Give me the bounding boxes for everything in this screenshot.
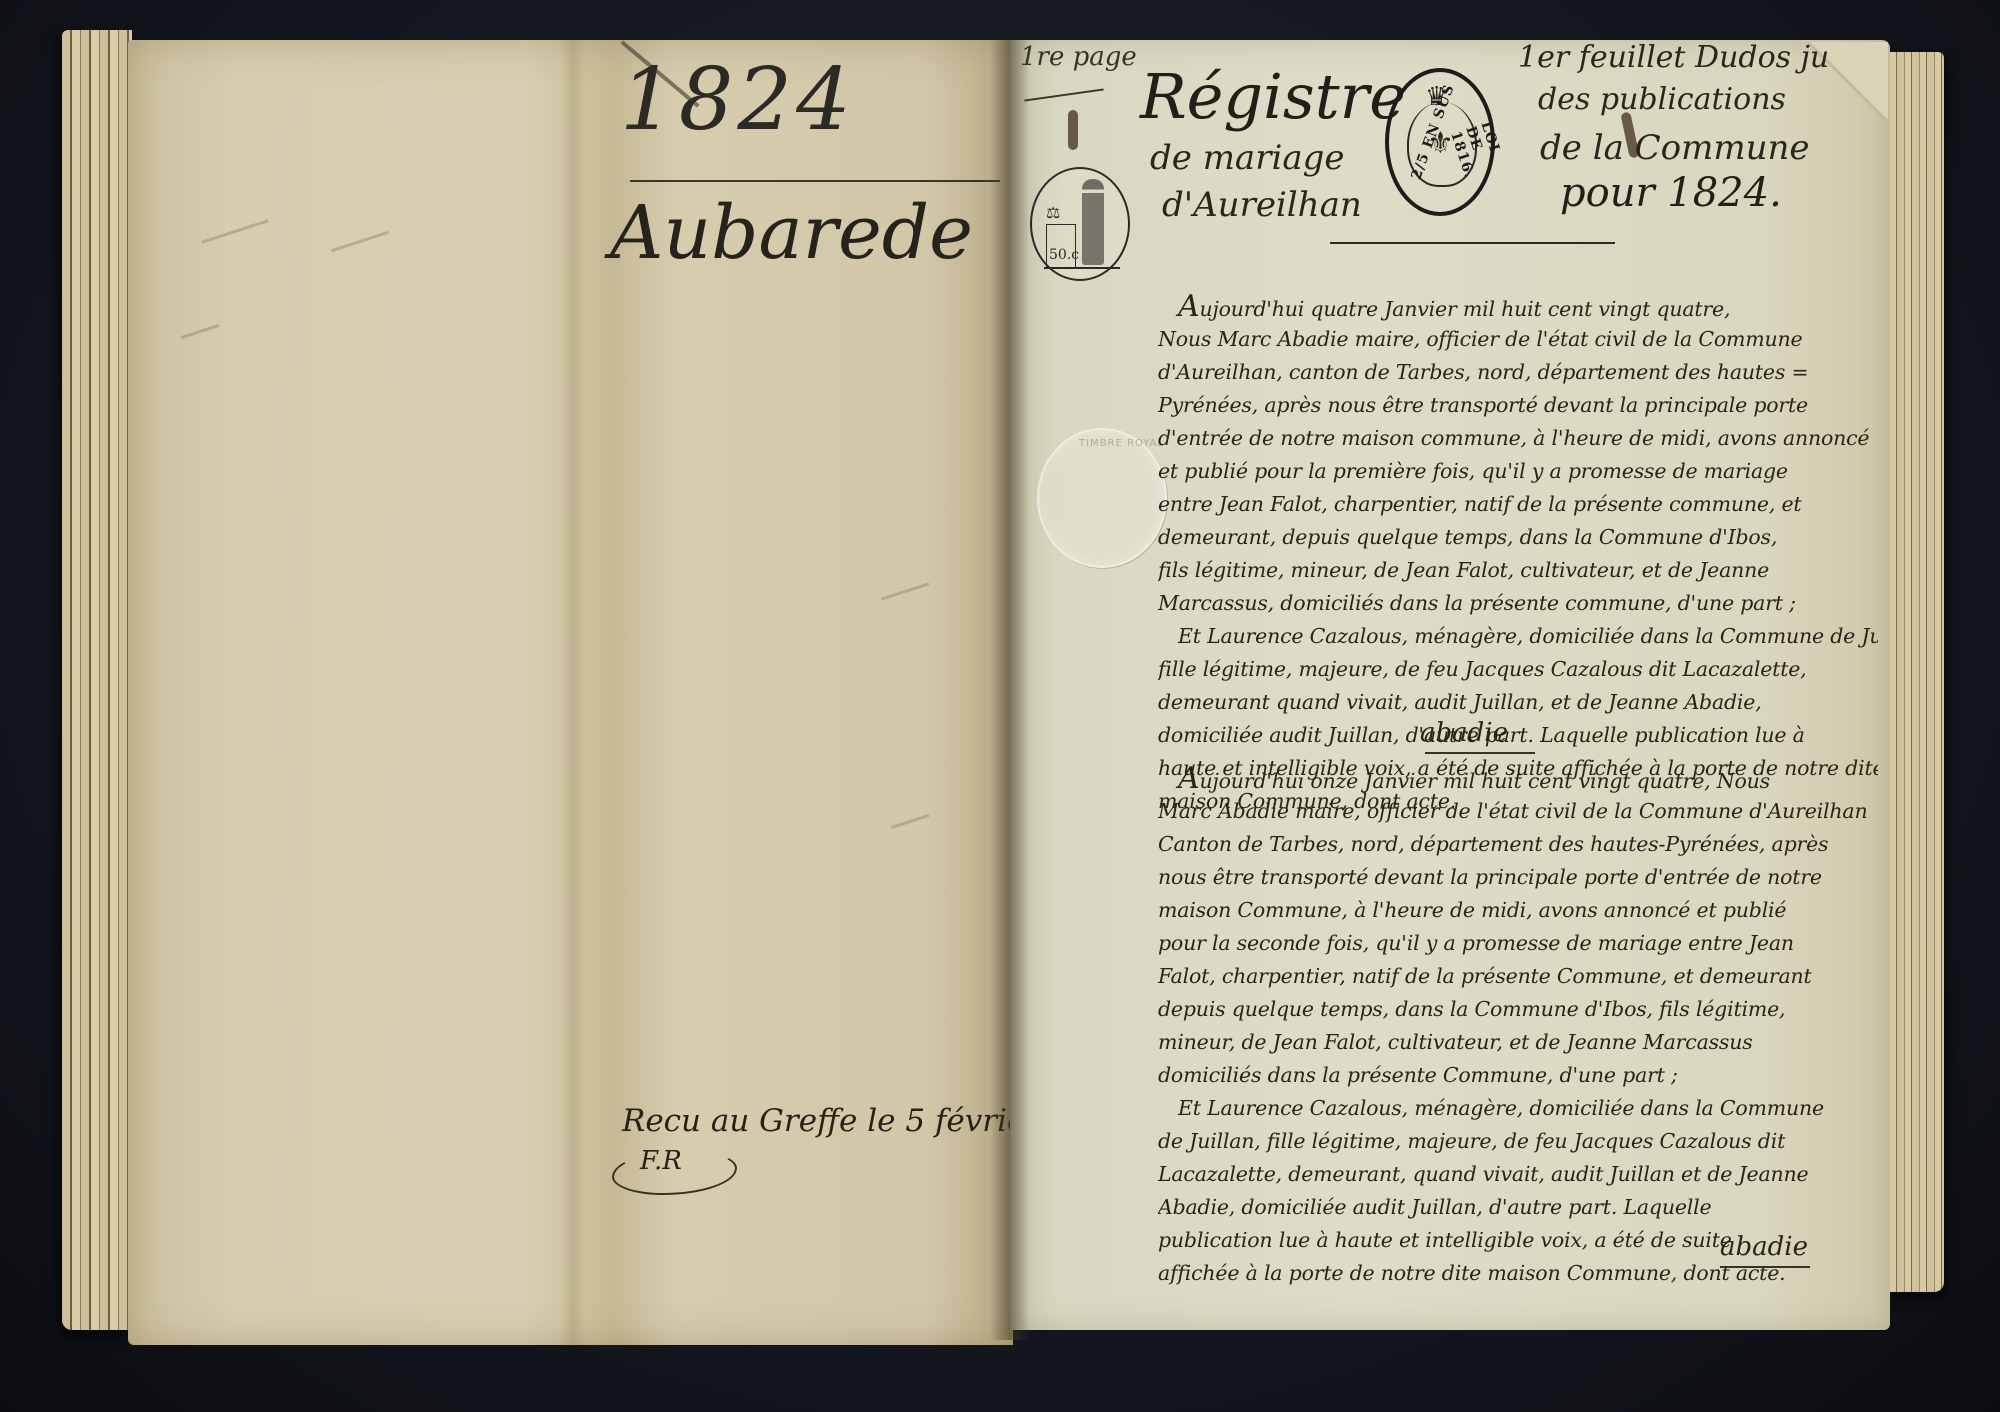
open-register-book: 1824 Aubarede Recu au Greffe le 5 févrie…	[0, 0, 2000, 1412]
entry-line: Canton de Tarbes, nord, département des …	[1158, 828, 1878, 861]
justice-figure-icon	[1082, 179, 1104, 265]
entry-line: maison Commune, à l'heure de midi, avons…	[1158, 894, 1878, 927]
entry-line: fille légitime, majeure, de feu Jacques …	[1158, 653, 1878, 686]
entry-line: Et Laurence Cazalous, ménagère, domicili…	[1158, 1092, 1878, 1125]
register-subtitle-commune: d'Aureilhan	[1162, 185, 1362, 225]
left-page-stack	[62, 30, 132, 1330]
header-publications: des publications	[1538, 82, 1786, 117]
sheet-label: 1er feuillet Dudos ju	[1518, 40, 1829, 75]
entry-line: Pyrénées, après nous être transporté dev…	[1158, 389, 1878, 422]
stamp-value: 50.c	[1049, 247, 1079, 263]
register-name-title: Aubarede	[610, 190, 973, 276]
entry-line: Et Laurence Cazalous, ménagère, domicili…	[1158, 620, 1878, 653]
entry-line: et publié pour la première fois, qu'il y…	[1158, 455, 1878, 488]
entry-line: Aujourd'hui onze Janvier mil huit cent v…	[1158, 762, 1878, 795]
book-gutter	[990, 40, 1030, 1340]
emboss-seal-text: TIMBRE ROYAL	[1079, 438, 1164, 449]
header-year: pour 1824.	[1560, 170, 1782, 216]
entry-line: Marcassus, domiciliés dans la présente c…	[1158, 587, 1878, 620]
publication-entry-2: Aujourd'hui onze Janvier mil huit cent v…	[1158, 762, 1878, 1290]
ink-blot	[1068, 110, 1078, 150]
entry-line: depuis quelque temps, dans la Commune d'…	[1158, 993, 1878, 1026]
entry-line: mineur, de Jean Falot, cultivateur, et d…	[1158, 1026, 1878, 1059]
signature-mayor-2: abadie	[1720, 1232, 1808, 1262]
entry-line: pour la seconde fois, qu'il y a promesse…	[1158, 927, 1878, 960]
signature-underline	[1425, 752, 1535, 754]
fiscal-stamp-justice: ⚖ 50.c	[1030, 167, 1130, 281]
entry-line: de Juillan, fille légitime, majeure, de …	[1158, 1125, 1878, 1158]
entry-line: Aujourd'hui quatre Janvier mil huit cent…	[1158, 290, 1878, 323]
signature-mayor-1: abadie	[1420, 718, 1508, 748]
register-subtitle-marriage: de mariage	[1150, 138, 1345, 178]
entry-line: Lacazalette, demeurant, quand vivait, au…	[1158, 1158, 1878, 1191]
tax-stamp-oval: ♛ ⚜ 2/5 EN SUS LOI DE 1816.	[1385, 68, 1495, 216]
stamp-base	[1044, 267, 1120, 269]
entry-line: d'entrée de notre maison commune, à l'he…	[1158, 422, 1878, 455]
title-rule	[630, 180, 1000, 182]
entry-line: Falot, charpentier, natif de la présente…	[1158, 960, 1878, 993]
entry-line: nous être transporté devant la principal…	[1158, 861, 1878, 894]
entry-line: d'Aureilhan, canton de Tarbes, nord, dép…	[1158, 356, 1878, 389]
entry-line: Nous Marc Abadie maire, officier de l'ét…	[1158, 323, 1878, 356]
register-title: Régistre	[1140, 60, 1406, 133]
entry-line: demeurant quand vivait, audit Juillan, e…	[1158, 686, 1878, 719]
entry-line: demeurant, depuis quelque temps, dans la…	[1158, 521, 1878, 554]
year-title: 1824	[620, 50, 855, 150]
header-commune: de la Commune	[1540, 128, 1810, 168]
scales-icon: ⚖	[1046, 203, 1060, 222]
entry-line: entre Jean Falot, charpentier, natif de …	[1158, 488, 1878, 521]
embossed-royal-seal: TIMBRE ROYAL	[1037, 428, 1167, 568]
signature-underline	[1720, 1266, 1810, 1268]
receipt-signature: F.R	[640, 1146, 682, 1176]
entry-line: Marc Abadie maire, officier de l'état ci…	[1158, 795, 1878, 828]
entry-line: domiciliée audit Juillan, d'autre part. …	[1158, 719, 1878, 752]
entry-line: fils légitime, mineur, de Jean Falot, cu…	[1158, 554, 1878, 587]
entry-line: Abadie, domiciliée audit Juillan, d'autr…	[1158, 1191, 1878, 1224]
page-label: 1re page	[1020, 42, 1137, 72]
publication-entry-1: Aujourd'hui quatre Janvier mil huit cent…	[1158, 290, 1878, 818]
left-page-crease	[560, 40, 586, 1345]
right-page-stack	[1890, 52, 1944, 1292]
header-rule	[1330, 242, 1615, 244]
entry-line: domiciliés dans la présente Commune, d'u…	[1158, 1059, 1878, 1092]
